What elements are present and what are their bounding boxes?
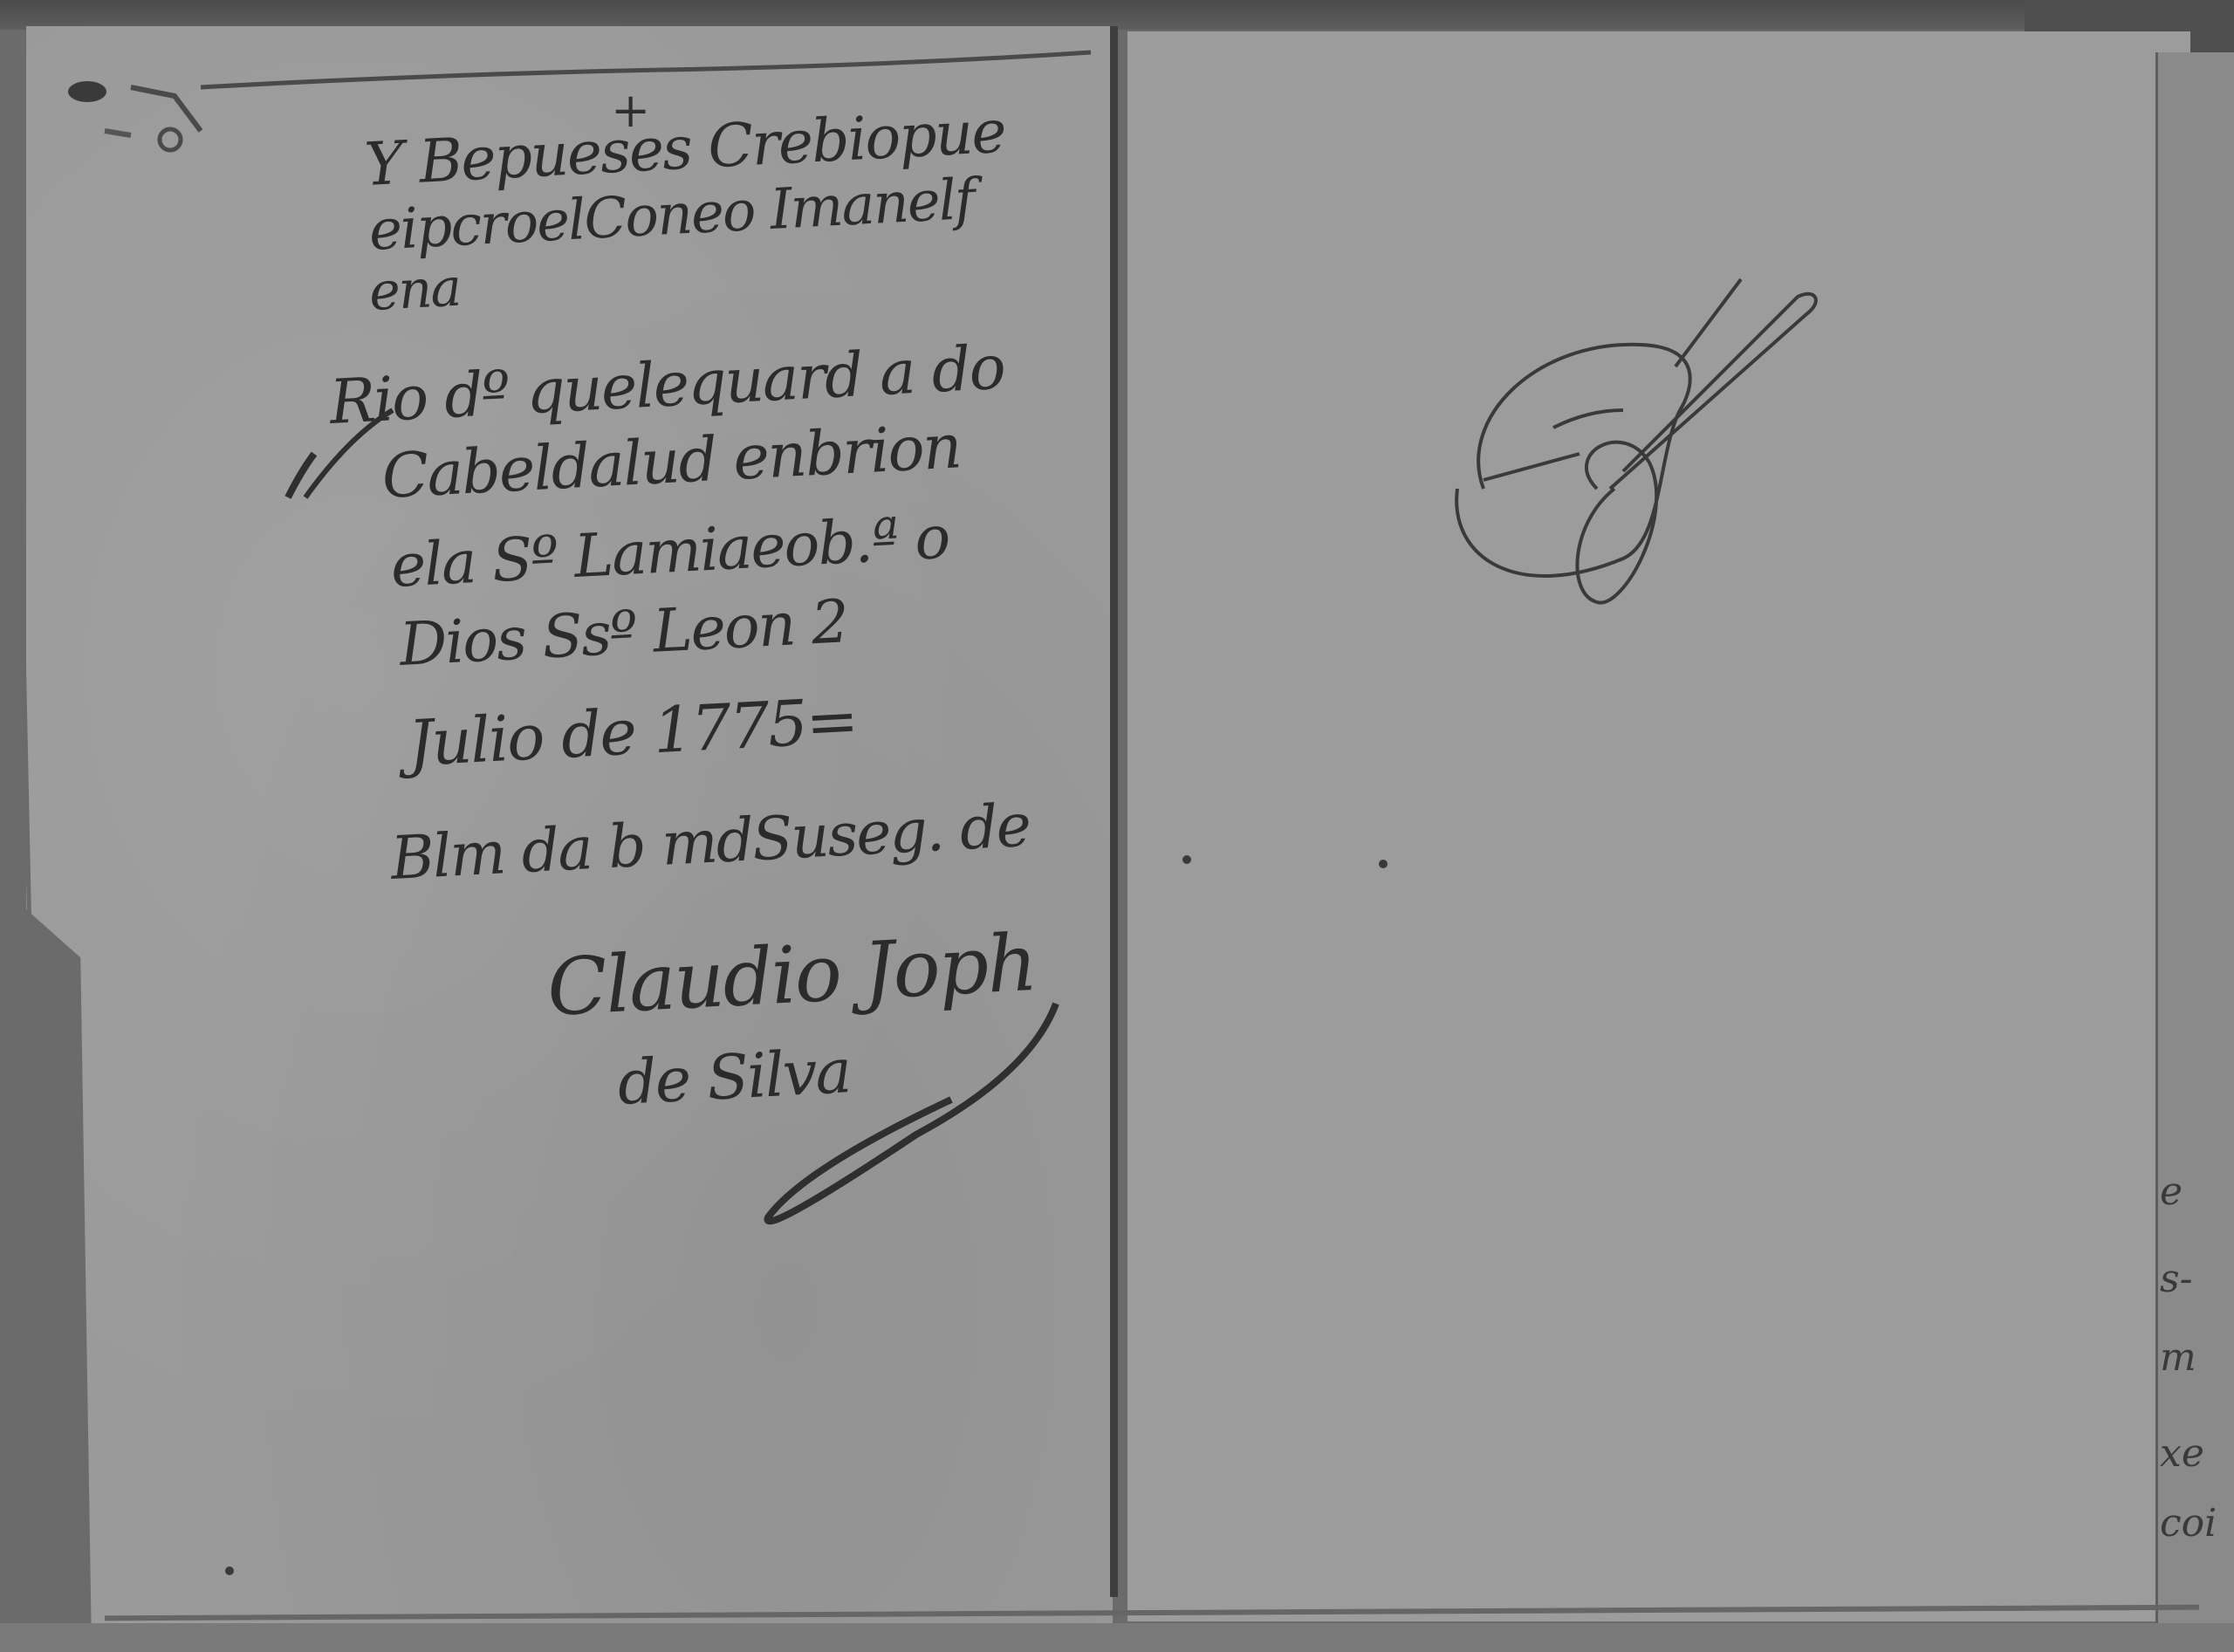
margin-fragment: e bbox=[2160, 1169, 2183, 1214]
margin-fragment: m bbox=[2160, 1335, 2196, 1380]
margin-fragment: s- bbox=[2160, 1257, 2192, 1301]
text-line-3: ena bbox=[367, 257, 461, 323]
right-page bbox=[1127, 31, 2190, 1621]
margin-fragment: coi bbox=[2160, 1501, 2217, 1546]
adjacent-page-strip bbox=[2155, 52, 2234, 1632]
corner-ink-mark-icon bbox=[61, 61, 262, 157]
top-shadow-band bbox=[0, 0, 2234, 30]
margin-fragment: xe bbox=[2160, 1431, 2204, 1476]
center-fold-line bbox=[1110, 26, 1118, 1597]
bottom-shadow bbox=[0, 1623, 2234, 1652]
ink-dot bbox=[1379, 860, 1388, 868]
ink-dot bbox=[1182, 855, 1191, 864]
ink-dot bbox=[225, 1566, 234, 1575]
signature-surname: de Silva bbox=[616, 1035, 852, 1119]
